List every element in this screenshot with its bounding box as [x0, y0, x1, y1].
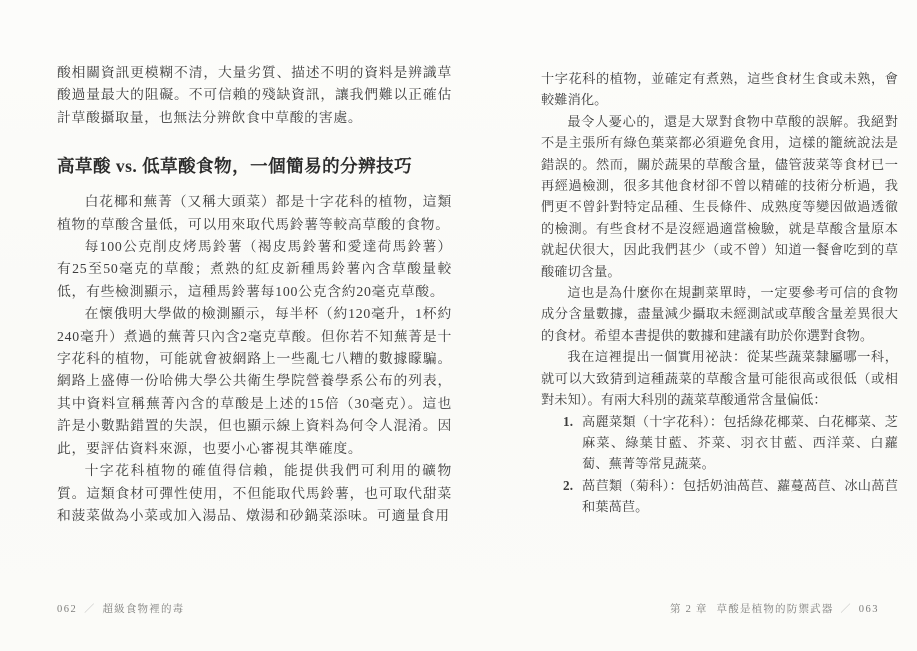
paragraph: 每100公克削皮烤馬鈴薯（褐皮馬鈴薯和愛達荷馬鈴薯）有25至50毫克的草酸；煮熟… [57, 236, 452, 303]
paragraph: 十字花科植物的確值得信賴，能提供我們可利用的礦物質。這類食材可彈性使用，不但能取… [57, 460, 452, 527]
paragraph: 最令人憂心的，還是大眾對食物中草酸的誤解。我絕對不是主張所有綠色葉菜都必須避免食… [541, 111, 898, 282]
list-item-number: 2. [563, 475, 573, 496]
page-number-right: 063 [859, 604, 879, 615]
page-left-text-column: 酸相關資訊更模糊不清，大量劣質、描述不明的資料是辨識草酸過量最大的阻礙。不可信賴… [57, 62, 452, 527]
paragraph: 在懷俄明大學做的檢測顯示，每半杯（約120毫升，1杯約240毫升）煮過的蕪菁只內… [57, 303, 452, 460]
book-title: 超級食物裡的毒 [102, 604, 184, 615]
paragraph-continuation: 十字花科的植物，並確定有煮熟，這些食材生食或未熟，會較難消化。 [541, 68, 898, 111]
footer-separator: ／ [841, 604, 852, 615]
list-item-text: 萵苣類（菊科）：包括奶油萵苣、蘿蔓萵苣、冰山萵苣和葉萵苣。 [582, 478, 898, 514]
list-item-number: 1. [563, 411, 573, 432]
paragraph-continuation: 酸相關資訊更模糊不清，大量劣質、描述不明的資料是辨識草酸過量最大的阻礙。不可信賴… [57, 62, 452, 129]
paragraph: 白花椰和蕪菁（又稱大頭菜）都是十字花科的植物，這類植物的草酸含量低，可以用來取代… [57, 191, 452, 236]
paragraph: 我在這裡提出一個實用祕訣：從某些蔬菜隸屬哪一科，就可以大致猜到這種蔬菜的草酸含量… [541, 346, 898, 410]
low-oxalate-vegetable-list: 1. 高麗菜類（十字花科）：包括綠花椰菜、白花椰菜、芝麻菜、綠葉甘藍、芥菜、羽衣… [541, 411, 898, 518]
footer-left: 062／超級食物裡的毒 [57, 603, 184, 617]
footer-right: 第 2 章草酸是植物的防禦武器／063 [670, 603, 879, 617]
chapter-title: 草酸是植物的防禦武器 [717, 604, 834, 615]
page-number-left: 062 [57, 604, 77, 615]
list-item: 2. 萵苣類（菊科）：包括奶油萵苣、蘿蔓萵苣、冰山萵苣和葉萵苣。 [541, 475, 898, 518]
book-spread: 酸相關資訊更模糊不清，大量劣質、描述不明的資料是辨識草酸過量最大的阻礙。不可信賴… [0, 0, 917, 651]
chapter-label: 第 2 章 [670, 604, 708, 615]
footer-separator: ／ [84, 604, 95, 615]
page-right-text-column: 十字花科的植物，並確定有煮熟，這些食材生食或未熟，會較難消化。 最令人憂心的，還… [541, 68, 898, 518]
paragraph: 這也是為什麼你在規劃菜單時，一定要參考可信的食物成分含量數據，盡量減少攝取未經測… [541, 282, 898, 346]
section-heading: 高草酸 vs. 低草酸食物，一個簡易的分辨技巧 [57, 154, 452, 178]
list-item: 1. 高麗菜類（十字花科）：包括綠花椰菜、白花椰菜、芝麻菜、綠葉甘藍、芥菜、羽衣… [541, 411, 898, 475]
list-item-text: 高麗菜類（十字花科）：包括綠花椰菜、白花椰菜、芝麻菜、綠葉甘藍、芥菜、羽衣甘藍、… [582, 414, 898, 472]
